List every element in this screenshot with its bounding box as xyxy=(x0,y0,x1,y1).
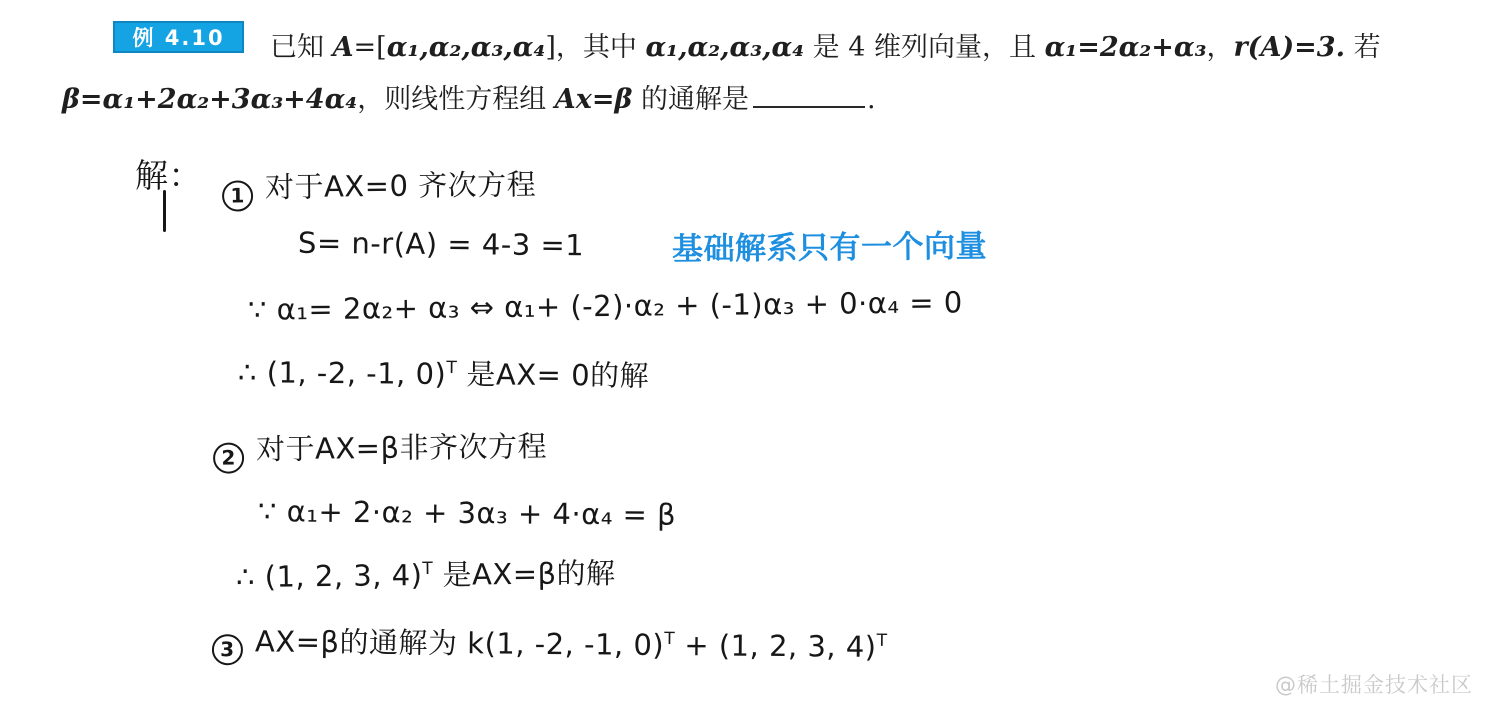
step1-therefore-vector: ∴ (1, -2, -1, 0) xyxy=(238,355,447,391)
step2-because-line: ∵ α₁+ 2·α₂ + 3α₃ + 4·α₄ = β xyxy=(258,494,676,532)
transpose-superscript: T xyxy=(877,631,888,651)
transpose-superscript: T xyxy=(422,559,433,579)
step2-therefore-vector: ∴ (1, 2, 3, 4) xyxy=(236,558,423,594)
problem-text: ，则线性方程组 xyxy=(357,84,555,115)
step2-therefore-line: ∴ (1, 2, 3, 4)T 是AX=β的解 xyxy=(236,551,616,596)
step1-therefore-text: 是AX= 0的解 xyxy=(457,357,650,393)
step2-heading-text: 对于AX=β非齐次方程 xyxy=(256,429,547,466)
circled-2-icon: 2 xyxy=(213,442,244,473)
problem-text: 是 4 维列向量，且 xyxy=(804,32,1045,63)
problem-text: 的通解是 xyxy=(632,84,749,115)
problem-text: 若 xyxy=(1345,32,1381,63)
math-rank: r(A)=3. xyxy=(1233,32,1345,63)
math-A: A xyxy=(333,32,354,63)
circled-1-icon: 1 xyxy=(222,180,253,211)
step2-therefore-text: 是AX=β的解 xyxy=(433,556,616,592)
answer-blank xyxy=(753,81,865,108)
problem-line-2: β=α₁+2α₂+3α₃+4α₄，则线性方程组 Ax=β 的通解是. xyxy=(62,77,876,116)
step1-heading: 1对于AX=0 齐次方程 xyxy=(222,162,537,211)
math-system: Ax=β xyxy=(555,84,633,115)
problem-text: ]，其中 xyxy=(545,32,645,63)
math-alphas: α₁,α₂,α₃,α₄ xyxy=(645,32,804,63)
step1-because-line: ∵ α₁= 2α₂+ α₃ ⇔ α₁+ (-2)·α₂ + (-1)α₃ + 0… xyxy=(248,285,963,326)
watermark: @稀土掘金技术社区 xyxy=(1275,669,1473,699)
problem-line-1: 已知 A=[α₁,α₂,α₃,α₄]，其中 α₁,α₂,α₃,α₄ 是 4 维列… xyxy=(270,25,1381,64)
step2-heading: 2对于AX=β非齐次方程 xyxy=(213,424,547,473)
problem-text: =[ xyxy=(354,32,387,63)
math-relation: α₁=2α₂+α₃ xyxy=(1045,32,1207,63)
step1-heading-text: 对于AX=0 齐次方程 xyxy=(265,167,537,204)
math-alphas: α₁,α₂,α₃,α₄ xyxy=(387,32,546,63)
step1-s-equation: S= n-r(A) = 4-3 =1 xyxy=(298,226,585,262)
transpose-superscript: T xyxy=(446,358,457,378)
solution-prefix: 解： xyxy=(135,150,202,197)
step3-solution-mid: + (1, 2, 3, 4) xyxy=(674,628,876,664)
textbook-page: 例 4.10 已知 A=[α₁,α₂,α₃,α₄]，其中 α₁,α₂,α₃,α₄… xyxy=(0,0,1495,714)
transpose-superscript: T xyxy=(664,629,675,649)
problem-text: . xyxy=(867,84,876,115)
step1-blue-annotation: 基础解系只有一个向量 xyxy=(672,220,987,268)
problem-text: 已知 xyxy=(270,32,333,63)
circled-3-icon: 3 xyxy=(212,634,243,665)
step3-general-solution-line: 3AX=β的通解为 k(1, -2, -1, 0)T + (1, 2, 3, 4… xyxy=(212,619,887,670)
problem-text: ， xyxy=(1206,32,1233,63)
example-badge: 例 4.10 xyxy=(113,21,244,53)
step3-solution-pre: AX=β的通解为 k(1, -2, -1, 0) xyxy=(255,624,664,662)
math-beta-combo: β=α₁+2α₂+3α₃+4α₄ xyxy=(62,84,357,115)
step1-therefore-line: ∴ (1, -2, -1, 0)T 是AX= 0的解 xyxy=(238,350,649,395)
